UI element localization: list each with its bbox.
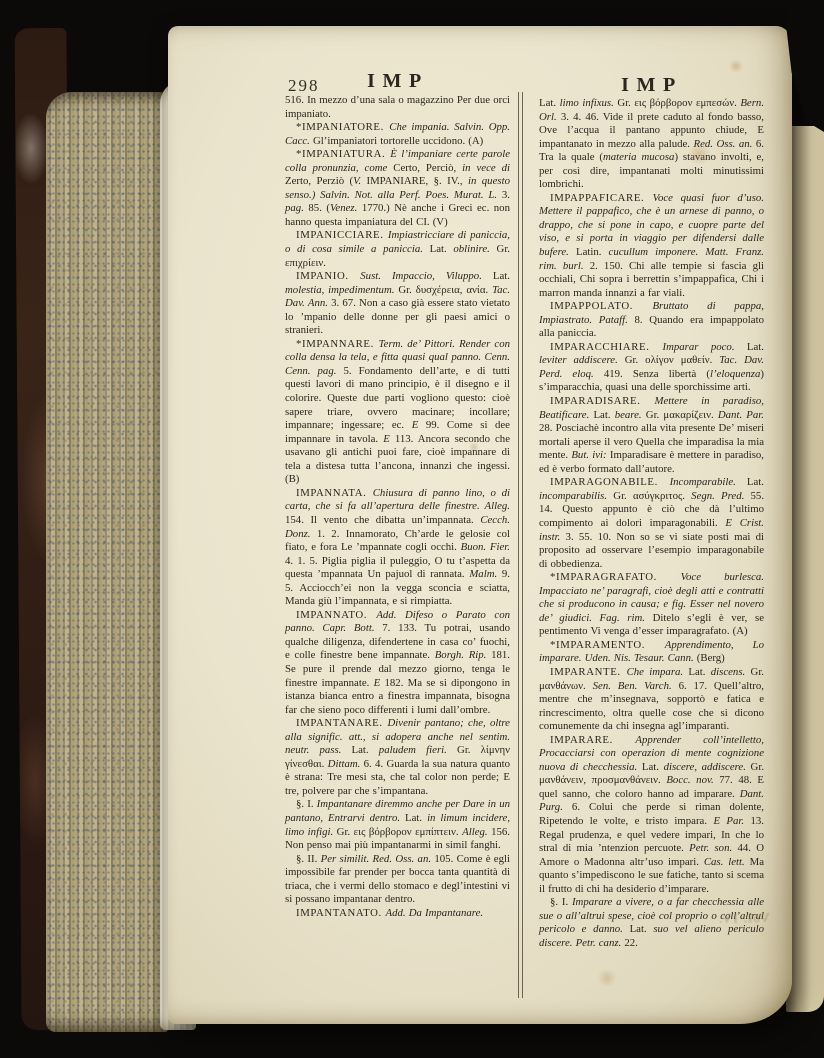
paragraph: IMPANTANATO. Add. Da Impantanare. [285,907,510,921]
paragraph: IMPAPPOLATO. Bruttato di pappa, Impiastr… [539,300,764,341]
paragraph: *IMPARAGRAFATO. Voce burlesca. Impacciat… [539,571,764,639]
foxing-stain [686,144,712,164]
foxing-stain [468,442,480,452]
book-page: 298 IMP IMP 516. In mezzo d’una sala o m… [168,26,792,1024]
marbled-page-edges [46,92,170,1032]
photo-background: 298 IMP IMP 516. In mezzo d’una sala o m… [0,0,824,1058]
running-head-right: IMP [540,74,764,97]
paragraph: §. I. Impantanare diremmo anche per Dare… [285,798,510,852]
paragraph: *IMPARAMENTO. Apprendimento, Lo imparare… [539,639,764,666]
paragraph: IMPARADISARE. Mettere in paradiso, Beati… [539,395,764,476]
running-head-left: IMP [286,70,510,93]
paragraph: §. II. Per similit. Red. Oss. an. 105. C… [285,853,510,907]
show-through-text: Vol. IV. [680,911,770,929]
paragraph: IMPARANTE. Che impara. Lat. discens. Gr.… [539,666,764,734]
foxing-stain [728,60,744,72]
paragraph: *IMPANNARE. Term. de’ Pittori. Render co… [285,338,510,487]
paragraph: IMPANNATO. Add. Difeso o Parato con pann… [285,609,510,717]
column-divider [518,92,523,998]
paragraph: *IMPANIATURA. È l’impaniare certe parole… [285,148,510,229]
paragraph: IMPANNATA. Chiusura di panno lino, o di … [285,487,510,609]
paragraph: IMPARARE. Apprender coll’intelletto, Pro… [539,734,764,897]
paragraph: *IMPANIATORE. Che impania. Salvin. Opp. … [285,121,510,148]
paragraph: IMPARAGONABILE. Incomparabile. Lat. inco… [539,476,764,571]
text-column-right: Lat. limo infixus. Gr. εις βόρβορον εμπε… [539,97,764,950]
paragraph: IMPANTANARE. Divenir pantano; che, oltre… [285,717,510,798]
paragraph: IMPANIO. Sust. Impaccio, Viluppo. Lat. m… [285,270,510,338]
foxing-stain [596,970,618,986]
text-column-left: 516. In mezzo d’una sala o magazzino Per… [285,94,510,920]
paragraph: IMPAPPAFICARE. Voce quasi fuor d’uso. Me… [539,192,764,300]
paragraph: IMPARACCHIARE. Imparar poco. Lat. levite… [539,341,764,395]
paragraph: IMPANICCIARE. Impiastricciare di panicci… [285,229,510,270]
paragraph: Lat. limo infixus. Gr. εις βόρβορον εμπε… [539,97,764,192]
paragraph: 516. In mezzo d’una sala o magazzino Per… [285,94,510,121]
